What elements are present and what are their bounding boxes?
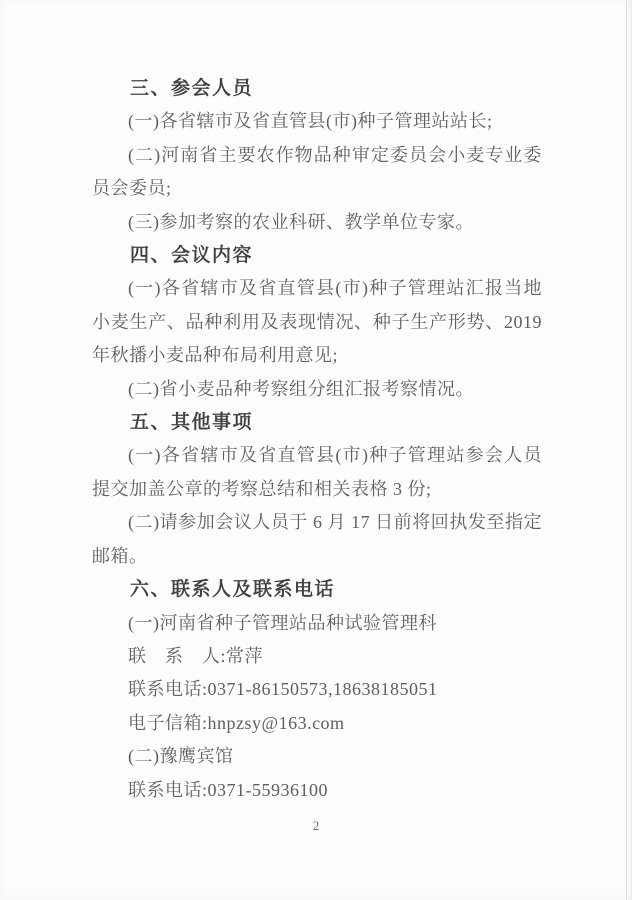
paragraph: 联 系 人:常萍: [92, 640, 542, 673]
paragraph: (二)河南省主要农作物品种审定委员会小麦专业委员会委员;: [92, 139, 542, 206]
section-heading: 五、其他事项: [92, 406, 542, 439]
paragraph: (一)河南省种子管理站品种试验管理科: [92, 607, 542, 640]
paragraph: (一)各省辖市及省直管县(市)种子管理站站长;: [92, 105, 542, 138]
paragraph: (三)参加考察的农业科研、教学单位专家。: [92, 206, 542, 239]
document-page: 三、参会人员(一)各省辖市及省直管县(市)种子管理站站长;(二)河南省主要农作物…: [0, 0, 632, 900]
paragraph: 联系电话:0371-55936100: [92, 774, 542, 807]
paragraph: 联系电话:0371-86150573,18638185051: [92, 673, 542, 706]
scan-edge-line: [626, 0, 627, 900]
document-body: 三、参会人员(一)各省辖市及省直管县(市)种子管理站站长;(二)河南省主要农作物…: [92, 72, 542, 807]
paragraph: (一)各省辖市及省直管县(市)种子管理站参会人员提交加盖公章的考察总结和相关表格…: [92, 439, 542, 506]
paragraph: 电子信箱:hnpzsy@163.com: [92, 707, 542, 740]
page-number: 2: [0, 818, 632, 834]
section-heading: 六、联系人及联系电话: [92, 573, 542, 606]
paragraph: (二)豫鹰宾馆: [92, 740, 542, 773]
section-heading: 四、会议内容: [92, 239, 542, 272]
paragraph: (二)省小麦品种考察组分组汇报考察情况。: [92, 373, 542, 406]
paragraph: (一)各省辖市及省直管县(市)种子管理站汇报当地小麦生产、品种利用及表现情况、种…: [92, 272, 542, 372]
paragraph: (二)请参加会议人员于 6 月 17 日前将回执发至指定邮箱。: [92, 506, 542, 573]
section-heading: 三、参会人员: [92, 72, 542, 105]
